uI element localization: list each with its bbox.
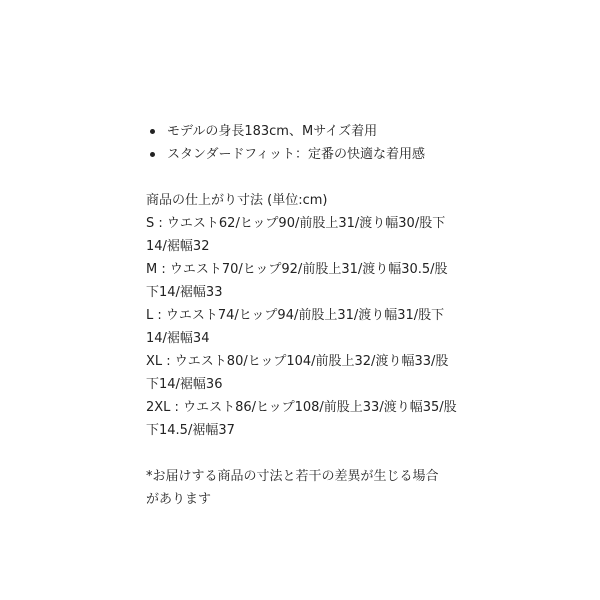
bullet-icon	[150, 152, 155, 157]
size-text: 14/裾幅34	[146, 327, 466, 350]
measurements-heading: 商品の仕上がり寸法 (単位:cm)	[146, 189, 466, 212]
measurements-section: 商品の仕上がり寸法 (単位:cm) S : ウエスト62/ヒップ90/前股上31…	[146, 189, 466, 442]
disclaimer-note: *お届けする商品の寸法と若干の差異が生じる場合 があります	[146, 465, 466, 511]
size-text: 2XL : ウエスト86/ヒップ108/前股上33/渡り幅35/股	[146, 396, 466, 419]
size-text: S : ウエスト62/ヒップ90/前股上31/渡り幅30/股下	[146, 212, 466, 235]
size-text: 下14.5/裾幅37	[146, 419, 466, 442]
size-text: 14/裾幅32	[146, 235, 466, 258]
spacer	[146, 166, 466, 189]
feature-item-fit: スタンダードフィット：定番の快適な着用感	[146, 143, 466, 166]
feature-text: モデルの身長183cm、Mサイズ着用	[167, 124, 377, 139]
size-row-m: M : ウエスト70/ヒップ92/前股上31/渡り幅30.5/股 下14/裾幅3…	[146, 258, 466, 304]
size-text: M : ウエスト70/ヒップ92/前股上31/渡り幅30.5/股	[146, 258, 466, 281]
size-row-s: S : ウエスト62/ヒップ90/前股上31/渡り幅30/股下 14/裾幅32	[146, 212, 466, 258]
bullet-icon	[150, 129, 155, 134]
note-text: があります	[146, 488, 466, 511]
product-description: モデルの身長183cm、Mサイズ着用 スタンダードフィット：定番の快適な着用感 …	[146, 120, 466, 511]
size-row-2xl: 2XL : ウエスト86/ヒップ108/前股上33/渡り幅35/股 下14.5/…	[146, 396, 466, 442]
size-text: L : ウエスト74/ヒップ94/前股上31/渡り幅31/股下	[146, 304, 466, 327]
size-row-xl: XL : ウエスト80/ヒップ104/前股上32/渡り幅33/股 下14/裾幅3…	[146, 350, 466, 396]
feature-item-model-height: モデルの身長183cm、Mサイズ着用	[146, 120, 466, 143]
spacer	[146, 442, 466, 465]
size-row-l: L : ウエスト74/ヒップ94/前股上31/渡り幅31/股下 14/裾幅34	[146, 304, 466, 350]
size-text: 下14/裾幅33	[146, 281, 466, 304]
size-text: XL : ウエスト80/ヒップ104/前股上32/渡り幅33/股	[146, 350, 466, 373]
note-text: *お届けする商品の寸法と若干の差異が生じる場合	[146, 465, 466, 488]
feature-text: スタンダードフィット：定番の快適な着用感	[167, 147, 425, 162]
size-text: 下14/裾幅36	[146, 373, 466, 396]
feature-list: モデルの身長183cm、Mサイズ着用 スタンダードフィット：定番の快適な着用感	[146, 120, 466, 166]
